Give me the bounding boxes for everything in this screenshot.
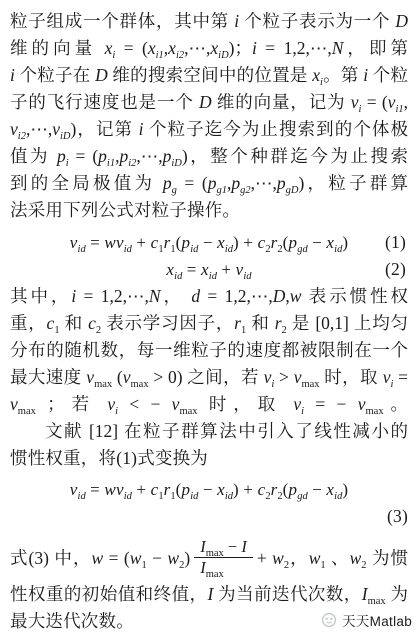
math-run: id xyxy=(225,244,233,255)
math-run: id xyxy=(209,271,217,282)
math-run: max xyxy=(18,406,36,417)
math-run: c xyxy=(88,313,96,333)
fraction: Imax − IImax xyxy=(194,537,253,578)
text-run: ， xyxy=(161,286,192,306)
paper-page: 粒子组成一个群体，其中第 i 个粒子表示为一个 D维的向量 xi = (xi1,… xyxy=(0,0,418,639)
math-run: i1 xyxy=(395,104,403,115)
formula-line: xid = xid + vid(2) xyxy=(10,256,408,283)
math-run: max xyxy=(94,379,112,390)
math-run: D xyxy=(199,92,212,112)
math-run: v xyxy=(70,233,78,252)
text-line: vmax ；若 vi < − vmax 时，取 vi = − vmax。 xyxy=(10,391,408,418)
math-run: x xyxy=(326,480,334,499)
document-body: 粒子组成一个群体，其中第 i 个粒子表示为一个 D维的向量 xi = (xi1,… xyxy=(10,8,408,635)
text-run: ， xyxy=(289,548,309,568)
text-run: + xyxy=(132,233,151,252)
math-run: i1 xyxy=(107,158,115,169)
math-run: p xyxy=(163,173,172,193)
math-run: D xyxy=(273,286,286,306)
text-run: ,⋯, xyxy=(136,146,162,166)
text-run: ；若 xyxy=(36,394,107,414)
math-run: i2 xyxy=(18,131,26,142)
math-run: v xyxy=(70,480,78,499)
text-run: = 1,2,⋯, xyxy=(257,38,332,58)
text-run: 惯性权重，将(1)式变换为 xyxy=(10,448,208,468)
text-run: ,⋯, xyxy=(184,38,210,58)
math-run: max xyxy=(179,406,197,417)
math-run: w xyxy=(350,548,362,568)
text-run: ) xyxy=(342,233,348,252)
math-run: v xyxy=(123,367,131,387)
text-run: 分布的随机数，每一维粒子的速度都被限制在一个 xyxy=(10,340,408,360)
text-run: 法采用下列公式对粒子操作。 xyxy=(10,200,240,220)
text-run: > xyxy=(274,367,293,387)
math-run: p xyxy=(182,480,191,499)
math-run: w xyxy=(309,548,321,568)
math-run: w xyxy=(167,548,179,568)
text-run: 其中， xyxy=(10,286,71,306)
text-run: 值为 xyxy=(10,146,57,166)
math-run: p xyxy=(119,146,128,166)
text-run: = 1,2,⋯, xyxy=(76,286,149,306)
math-run: N xyxy=(332,38,344,58)
text-run: = ( xyxy=(115,38,148,58)
math-run: w xyxy=(92,548,104,568)
text-run: 时，取 xyxy=(320,367,383,387)
math-run: i1 xyxy=(156,50,164,61)
text-run: ) xyxy=(184,548,190,568)
math-run: id xyxy=(124,244,132,255)
text-run: 性权重的初始值和终值， xyxy=(10,584,207,604)
text-line: 法采用下列公式对粒子操作。 xyxy=(10,197,408,224)
math-run: max xyxy=(366,406,384,417)
watermark-label: 天天Matlab xyxy=(342,610,412,630)
text-run: + xyxy=(132,480,151,499)
math-run: g2 xyxy=(240,185,251,196)
math-run: x xyxy=(148,38,156,58)
math-run: v xyxy=(351,92,359,112)
watermark-logo-icon xyxy=(321,612,337,628)
text-line: vi2,⋯,viD)，记第 i 个粒子迄今为止搜索到的个体极 xyxy=(10,116,408,143)
math-run: id xyxy=(225,491,233,502)
math-run: v xyxy=(10,394,18,414)
text-run: = xyxy=(86,480,105,499)
equation-number: (3) xyxy=(387,506,408,526)
text-run: = ( xyxy=(177,173,208,193)
text-run: = xyxy=(182,260,201,279)
text-run: , xyxy=(404,92,408,112)
math-run: p xyxy=(289,480,298,499)
math-run: p xyxy=(182,233,191,252)
text-run: 粒子组成一个群体，其中第 xyxy=(10,11,234,31)
text-line: 到的全局极值为 pg = (pg1,pg2,⋯,pgD)，粒子群算 xyxy=(10,170,408,197)
math-run: wv xyxy=(104,233,123,252)
text-run: = ( xyxy=(361,92,387,112)
text-run: = − xyxy=(304,394,358,414)
text-run: ,⋯, xyxy=(26,119,52,139)
math-run: D xyxy=(395,11,408,31)
math-run: v xyxy=(107,394,115,414)
math-run: id xyxy=(124,491,132,502)
fraction-numerator: Imax − I xyxy=(194,537,253,557)
math-run: x xyxy=(168,38,176,58)
math-run: max xyxy=(368,596,386,607)
math-run: x xyxy=(201,260,209,279)
formula-line: vid = wvid + c1r1(pid − xid) + c2r2(pgd … xyxy=(10,229,408,256)
text-run: = xyxy=(393,367,408,387)
text-run: ( xyxy=(112,367,123,387)
math-run: id xyxy=(78,244,86,255)
text-run: − xyxy=(224,537,242,556)
text-run: )，整个种群迄今为止搜索 xyxy=(182,146,408,166)
text-run: 维的搜索空间中的位置是 xyxy=(108,65,312,85)
text-run: )，记第 xyxy=(70,119,138,139)
text-run: = ( xyxy=(103,548,130,568)
math-run: v xyxy=(10,119,18,139)
text-run: 。第 xyxy=(323,65,363,85)
text-run: 为当前迭代次数， xyxy=(213,584,361,604)
text-line: 式(3) 中，w = (w1 − w2)Imax − IImax+ w2，w1 … xyxy=(10,535,408,581)
math-run: v xyxy=(52,119,60,139)
math-run: iD xyxy=(218,50,229,61)
text-line: 子的飞行速度也是一个 D 维的向量，记为 vi = (vi1, xyxy=(10,89,408,116)
math-run: p xyxy=(208,173,217,193)
text-run: − xyxy=(308,480,327,499)
text-run: − xyxy=(198,233,217,252)
text-run: 文献 [12] 在粒子群算法中引入了线性减小的 xyxy=(45,421,408,441)
math-run: g1 xyxy=(217,185,228,196)
formula-line: vid = wvid + c1r1(pid − xid) + c2r2(pgd … xyxy=(10,476,408,503)
fraction-denominator: Imax xyxy=(194,557,253,578)
math-run: x xyxy=(166,260,174,279)
text-run: 是 [0,1] 上均匀 xyxy=(287,313,408,333)
text-line: 值为 pi = (pi1,pi2,⋯,piD)，整个种群迄今为止搜索 xyxy=(10,143,408,170)
math-run: x xyxy=(312,65,320,85)
text-line: 性权重的初始值和终值，I 为当前迭代次数，Imax 为 xyxy=(10,581,408,608)
text-run: 式(3) 中， xyxy=(10,548,92,568)
text-run: )； xyxy=(229,38,252,58)
text-run: 子的飞行速度也是一个 xyxy=(10,92,199,112)
text-line: i 个粒子在 D 维的搜索空间中的位置是 xi。第 i 个粒 xyxy=(10,62,408,89)
math-run: x xyxy=(326,233,334,252)
text-run: 和 xyxy=(246,313,275,333)
math-run: w xyxy=(290,286,302,306)
math-run: v xyxy=(86,367,94,387)
math-run: i2 xyxy=(176,50,184,61)
text-run: > 0) 之间，若 xyxy=(149,367,264,387)
math-run: v xyxy=(293,394,301,414)
math-run: N xyxy=(149,286,161,306)
text-run: ) xyxy=(342,480,348,499)
math-run: x xyxy=(217,480,225,499)
math-run: x xyxy=(210,38,218,58)
text-run: − xyxy=(147,548,168,568)
text-line: 文献 [12] 在粒子群算法中引入了线性减小的 xyxy=(10,418,408,445)
math-run: p xyxy=(98,146,107,166)
math-run: id xyxy=(243,271,251,282)
text-run: )，粒子群算 xyxy=(298,173,408,193)
math-run: id xyxy=(78,491,86,502)
math-run: gD xyxy=(286,185,299,196)
math-run: x xyxy=(217,233,225,252)
math-run: d xyxy=(191,286,200,306)
text-run: 维的向量 xyxy=(10,38,105,58)
equation-number: (2) xyxy=(385,256,406,283)
math-run: p xyxy=(289,233,298,252)
text-run: 重， xyxy=(10,313,47,333)
math-run: max xyxy=(206,569,224,580)
math-run: wv xyxy=(104,480,123,499)
text-run: = xyxy=(86,233,105,252)
text-line: 惯性权重，将(1)式变换为 xyxy=(10,445,408,472)
text-run: = ( xyxy=(69,146,99,166)
math-run: v xyxy=(358,394,366,414)
equation-number-line: (3) xyxy=(10,503,408,530)
math-run: max xyxy=(301,379,319,390)
math-run: r xyxy=(275,313,282,333)
text-run: + xyxy=(217,260,236,279)
math-run: w xyxy=(130,548,142,568)
text-line: 最大速度 vmax (vmax > 0) 之间，若 vi > vmax 时，取 … xyxy=(10,364,408,391)
text-line: 维的向量 xi = (xi1,xi2,⋯,xiD)；i = 1,2,⋯,N，即第 xyxy=(10,35,408,62)
math-run: w xyxy=(272,548,284,568)
text-run: ) + xyxy=(233,233,258,252)
text-run: − xyxy=(308,233,327,252)
text-run: < − xyxy=(118,394,172,414)
text-run: 个粒子表示为一个 xyxy=(239,11,395,31)
math-run: p xyxy=(277,173,286,193)
text-run: − xyxy=(198,480,217,499)
text-run: 和 xyxy=(60,313,89,333)
text-run: 最大迭代次数。 xyxy=(10,611,134,631)
text-line: 其中，i = 1,2,⋯,N， d = 1,2,⋯,D,w 表示惯性权 xyxy=(10,283,408,310)
text-run: 个粒子迄今为止搜索到的个体极 xyxy=(143,119,408,139)
text-run: 为惯 xyxy=(367,548,408,568)
text-run: + xyxy=(257,548,272,568)
text-run: 表示惯性权 xyxy=(301,286,408,306)
math-run: I xyxy=(241,537,247,556)
math-run: max xyxy=(131,379,149,390)
text-run: 个粒 xyxy=(368,65,408,85)
text-run: ,⋯, xyxy=(251,173,277,193)
text-run: 为 xyxy=(386,584,408,604)
text-run: 表示学习因子， xyxy=(101,313,234,333)
math-run: iD xyxy=(171,158,182,169)
text-line: 粒子组成一个群体，其中第 i 个粒子表示为一个 D xyxy=(10,8,408,35)
text-line: 重，c1 和 c2 表示学习因子，r1 和 r2 是 [0,1] 上均匀 xyxy=(10,310,408,337)
math-run: gd xyxy=(297,491,308,502)
text-run: 到的全局极值为 xyxy=(10,173,163,193)
text-run: 时，取 xyxy=(198,394,294,414)
text-run: ) + xyxy=(233,480,258,499)
text-run: 。 xyxy=(384,394,408,414)
watermark: 天天Matlab xyxy=(321,610,412,630)
text-run: 、 xyxy=(326,548,350,568)
text-line: 分布的随机数，每一维粒子的速度都被限制在一个 xyxy=(10,337,408,364)
text-run: 个粒子在 xyxy=(15,65,95,85)
text-run: ，即第 xyxy=(343,38,408,58)
math-run: r xyxy=(234,313,241,333)
math-run: gd xyxy=(297,244,308,255)
math-run: p xyxy=(57,146,66,166)
text-run: 维的向量，记为 xyxy=(212,92,351,112)
equation-number: (1) xyxy=(385,229,406,256)
math-run: iD xyxy=(60,131,71,142)
text-run: 最大速度 xyxy=(10,367,86,387)
text-run: = 1,2,⋯, xyxy=(200,286,273,306)
math-run: D xyxy=(95,65,108,85)
math-run: p xyxy=(231,173,240,193)
